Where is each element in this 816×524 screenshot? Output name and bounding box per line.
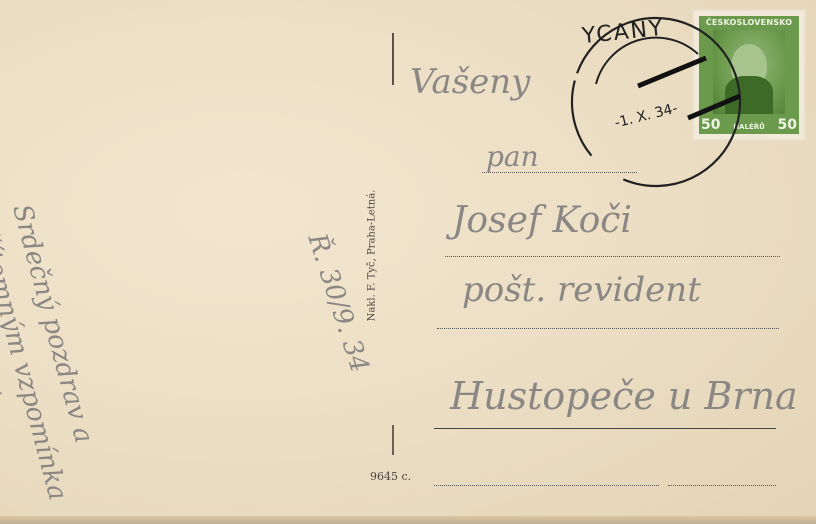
address-title: pan	[486, 140, 539, 173]
center-divider-top	[392, 33, 394, 85]
message-dateline: Ř. 30/9. 34	[301, 230, 374, 376]
address-salutation: Vašeny	[410, 62, 530, 102]
address-town: Hustopeče u Brna	[450, 374, 798, 418]
handwritten-message: Srdečný pozdrav a přítomným vzpomínka za…	[0, 200, 116, 524]
address-line-5b	[668, 485, 776, 486]
address-occupation: pošt. revident	[462, 270, 701, 310]
publisher-imprint: Nakl. F. Tyč, Praha-Letná.	[367, 156, 378, 356]
stamp-value-right: 50	[778, 117, 797, 133]
address-line-5a	[434, 485, 659, 486]
address-name: Josef Koči	[452, 200, 632, 241]
postcard-back: Nakl. F. Tyč, Praha-Letná. 9645 c. Srdeč…	[0, 0, 816, 524]
catalog-number: 9645 c.	[370, 470, 411, 483]
address-line-4	[434, 428, 776, 429]
address-line-2	[445, 256, 780, 257]
center-divider-bottom	[392, 425, 394, 455]
address-line-3	[437, 328, 779, 329]
